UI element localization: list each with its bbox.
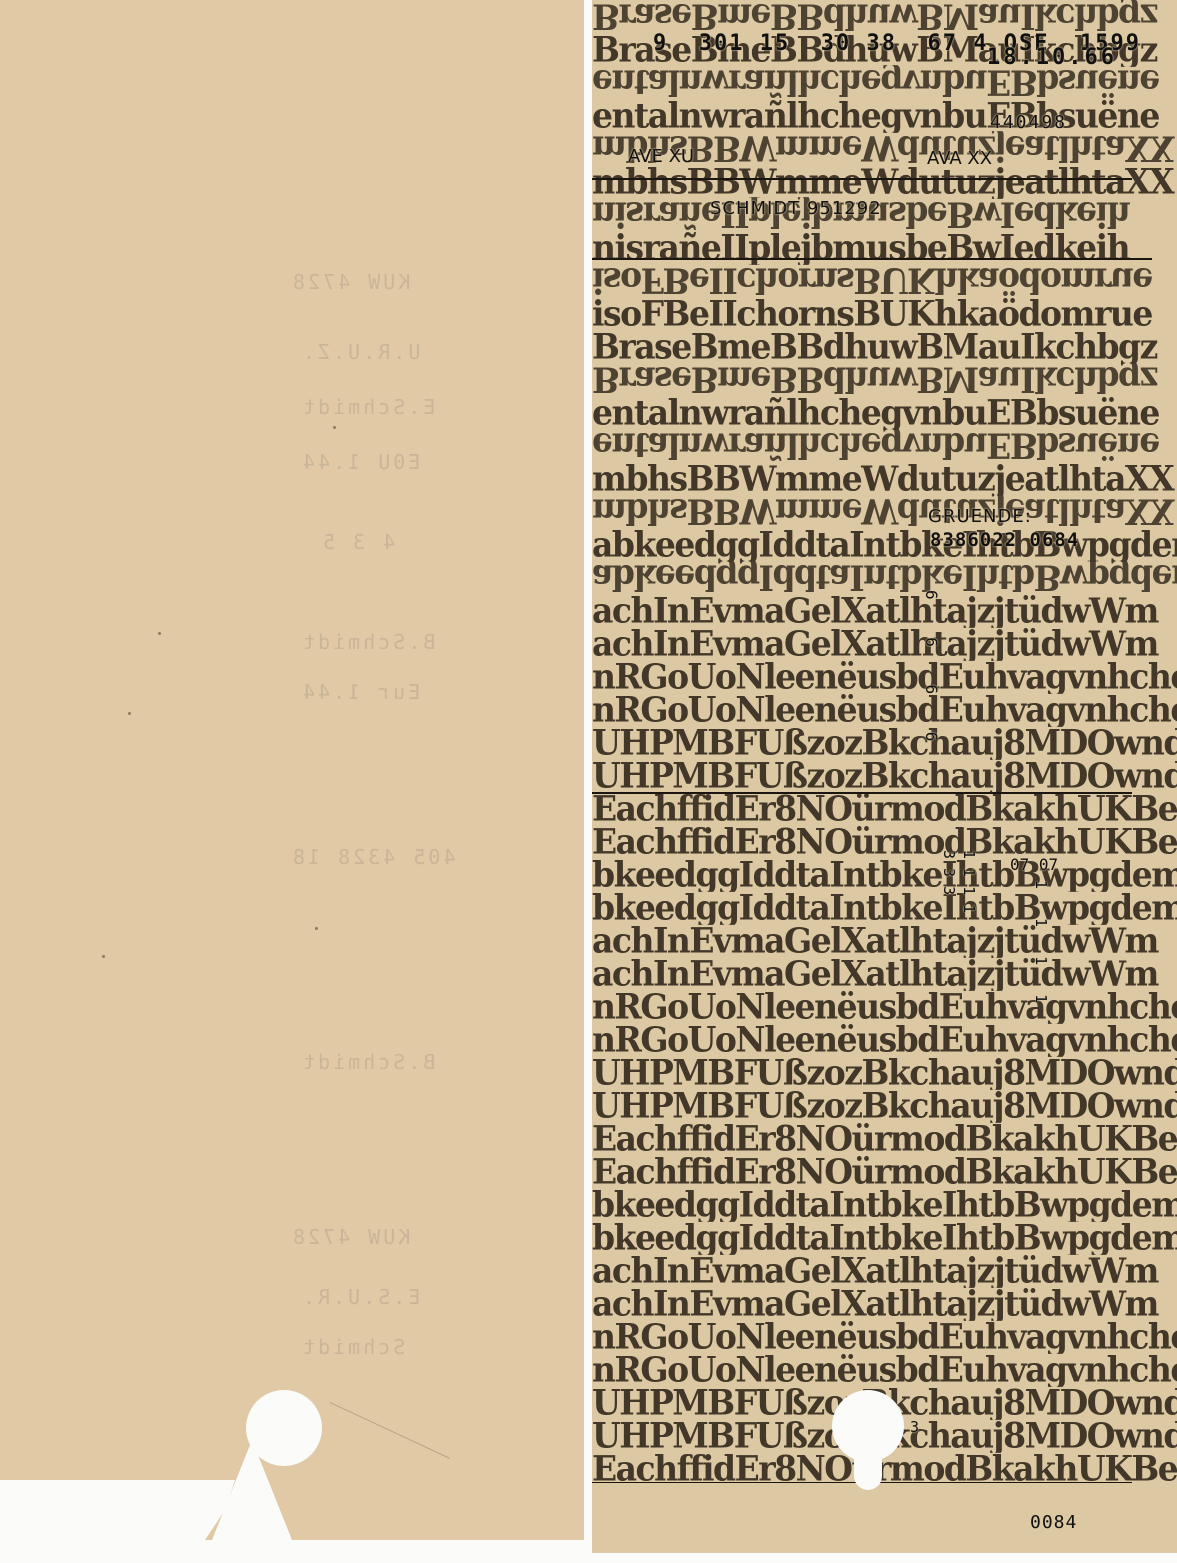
ghost-line: U.R.U.Z. <box>300 340 420 364</box>
pattern-row: achInEvmaGelXatlhtajzjtüdwWm <box>592 956 1177 991</box>
rule-line <box>592 258 1152 260</box>
ghost-line: KUW 4728 <box>290 270 410 294</box>
pattern-row: bkeedggIddtaIntbkeIhtbBwpgdemmd <box>592 1220 1177 1255</box>
pattern-row: UHPMBFUßzozBkchauj8MDOwnd <box>592 725 1177 760</box>
ghost-line: Eur 1.44 <box>300 680 420 704</box>
paper-speck <box>333 426 336 429</box>
paper-speck <box>315 927 318 930</box>
pattern-row: nRGoUoNleenëusbdEuhvagvnhcheg <box>592 989 1177 1024</box>
ticket-back-side: KUW 4728 U.R.U.Z. E.Schmidt E0U 1.44 4 3… <box>0 0 584 1540</box>
pattern-row: mbhsBBWmmeWdutuzjeatlhtaXX <box>592 164 1177 199</box>
security-pattern: BraseBmeBBdhuwBMauIkchbgz BraseBmeBBdhuw… <box>592 0 1177 1485</box>
pattern-row: entalnwrañlhchegvnbuEBbsuëne <box>592 395 1177 430</box>
pattern-row: BraseBmeBBdhuwBMauIkchbgz <box>592 362 1177 397</box>
ghost-line: 4 3 5 <box>320 530 395 554</box>
bottom-mark: 3 <box>910 1418 919 1436</box>
pattern-row: nRGoUoNleenëusbdEuhvagvnhcheg <box>592 1352 1177 1387</box>
pattern-row: EachffidEr8NOürmodBkakhUKBel <box>592 791 1177 826</box>
vertical-stamp-col2: 1 1 1 1 <box>960 850 978 913</box>
pattern-row: EachffidEr8NOürmodBkakhUKBel <box>592 1154 1177 1189</box>
punch-hole-tail <box>854 1450 882 1490</box>
pattern-row: entalnwrañlhchegvnbuEBbsuëne <box>592 428 1177 463</box>
pattern-row: achInEvmaGelXatlhtajzjtüdwWm <box>592 1286 1177 1321</box>
paper-speck <box>128 712 131 715</box>
ticket-number: 440498 <box>990 112 1067 133</box>
paper-speck <box>158 632 161 635</box>
pattern-row: BraseBmeBBdhuwBMauIkchbgz <box>592 329 1177 364</box>
pattern-row: achInEvmaGelXatlhtajzjtüdwWm <box>592 923 1177 958</box>
pattern-row: abkeedggIddtaIntbkeIhtbBwpgdemmd <box>592 527 1177 562</box>
pattern-row: nRGoUoNleenëusbdEuhvagvnhcheg <box>592 1022 1177 1057</box>
vertical-stamp-col4: 1 1 1 1 <box>1032 880 1050 1013</box>
pattern-row: isoFBeIIchornsBUKhkaödomrue <box>592 296 1177 331</box>
gruende-label: GRUENDE: <box>928 506 1032 527</box>
pattern-row: nRGoUoNleenëusbdEuhvagvnhcheg <box>592 692 1177 727</box>
ghost-line: KUW 4728 <box>290 1225 410 1249</box>
pattern-row: isoFBeIIchornsBUKhkaödomrue <box>592 263 1177 298</box>
pattern-row: achInEvmaGelXatlhtajzjtüdwWm <box>592 1253 1177 1288</box>
pattern-row: nRGoUoNleenëusbdEuhvagvnhcheg <box>592 1319 1177 1354</box>
gruende-value: 8386022 0684 <box>930 529 1079 551</box>
pattern-row: achInEvmaGelXatlhtajzjtüdwWm <box>592 593 1177 628</box>
vertical-digits: 6 6 6 6 <box>922 590 941 755</box>
vertical-stamp-col3: 07 07 <box>1010 855 1030 875</box>
pattern-row: nRGoUoNleenëusbdEuhvagvnhcheg <box>592 659 1177 694</box>
pattern-row: UHPMBFUßzozBkchauj8MDOwnd <box>592 1088 1177 1123</box>
pattern-row: EachffidEr8NOürmodBkakhUKBel <box>592 1121 1177 1156</box>
pattern-row: achInEvmaGelXatlhtajzjtüdwWm <box>592 626 1177 661</box>
code-left: AVE XU <box>628 146 694 167</box>
rule-line <box>592 178 1132 180</box>
torn-notch <box>212 1440 292 1540</box>
pattern-row: mbhsBBWmmeWdutuzjeatlhtaXX <box>592 494 1177 529</box>
serial-number: 0084 <box>1030 1512 1077 1533</box>
paper-speck <box>102 955 105 958</box>
pattern-row: UHPMBFUßzozBkchauj8MDOwnd <box>592 758 1177 793</box>
ticket-front-side: BraseBmeBBdhuwBMauIkchbgz BraseBmeBBdhuw… <box>592 0 1177 1553</box>
pattern-row: UHPMBFUßzozBkchauj8MDOwnd <box>592 1055 1177 1090</box>
ghost-line: Schmidt <box>300 1335 405 1359</box>
pattern-row: entalnwrañlhchegvnbuEBbsuëne <box>592 98 1177 133</box>
date-stamp: 18.10.66 <box>987 45 1117 70</box>
pattern-row: abkeedggIddtaIntbkeIhtbBwpgdemmd <box>592 560 1177 595</box>
pattern-row: bkeedggIddtaIntbkeIhtbBwpgdemmd <box>592 890 1177 925</box>
ghost-line: B.Schmidt <box>300 630 435 654</box>
rule-line <box>592 792 1132 794</box>
ghost-line: 405 4328 18 <box>290 845 455 869</box>
pattern-row: nisrañeIIplejbmusbeBwIedkeih <box>592 197 1177 232</box>
name-line: SCHMIDT 951292 <box>710 198 882 219</box>
ghost-line: E0U 1.44 <box>300 450 420 474</box>
vertical-stamp-col1: 3 3 3 <box>940 850 958 895</box>
code-right: AVA XX <box>927 148 992 169</box>
ghost-line: B.Schmidt <box>300 1050 435 1074</box>
pattern-row: EachffidEr8NOürmodBkakhUKBel <box>592 824 1177 859</box>
pattern-row: bkeedggIddtaIntbkeIhtbBwpgdemmd <box>592 857 1177 892</box>
blank-margin <box>592 1497 1177 1553</box>
ghost-line: E.Schmidt <box>300 395 435 419</box>
pattern-row: mbhsBBWmmeWdutuzjeatlhtaXX <box>592 461 1177 496</box>
torn-edge <box>330 1402 450 1509</box>
ghost-line: E.S.U.R. <box>300 1285 420 1309</box>
pattern-row: bkeedggIddtaIntbkeIhtbBwpgdemmd <box>592 1187 1177 1222</box>
